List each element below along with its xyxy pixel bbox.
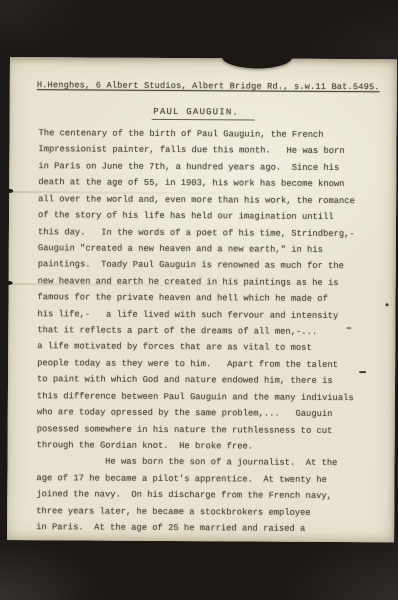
document-title: PAUL GAUGUIN. <box>151 107 255 121</box>
typewritten-page: H.Henghes, 6 Albert Studios, Albert Brid… <box>7 57 397 542</box>
photo-background: H.Henghes, 6 Albert Studios, Albert Brid… <box>0 0 398 600</box>
paper-torn-notch <box>222 45 292 68</box>
letterhead-address: H.Henghes, 6 Albert Studios, Albert Brid… <box>37 80 397 92</box>
document-body-text: The centenary of the birth of Paul Gaugu… <box>36 125 397 538</box>
ink-speck <box>346 327 351 329</box>
title-row: PAUL GAUGUIN. <box>10 100 397 115</box>
ink-speck <box>359 371 366 373</box>
ink-speck <box>385 303 388 306</box>
